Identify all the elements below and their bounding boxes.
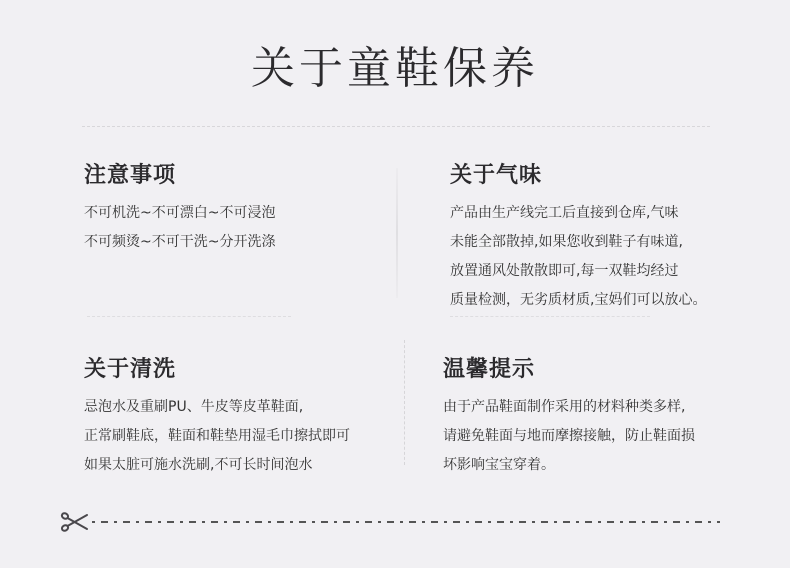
section-line: 质量检测，无劣质材质,宝妈们可以放心。 <box>450 286 706 315</box>
scissors-icon <box>60 511 90 533</box>
section-precautions: 注意事项 不可机洗~不可漂白~不可浸泡 不可频烫~不可干洗~分开洗涤 <box>84 158 275 257</box>
divider-vertical-top <box>396 168 398 298</box>
divider-vertical-bottom <box>404 340 405 465</box>
section-heading: 注意事项 <box>84 158 275 189</box>
section-line: 如果太脏可施水洗刷,不可长时间泡水 <box>84 451 350 480</box>
section-heading: 关于气味 <box>450 158 706 189</box>
section-line: 不可机洗~不可漂白~不可浸泡 <box>84 199 275 228</box>
section-tips: 温馨提示 由于产品鞋面制作采用的材料种类多样, 请避免鞋面与地而摩擦接触，防止鞋… <box>443 352 695 480</box>
section-line: 请避免鞋面与地而摩擦接触，防止鞋面损 <box>443 422 695 451</box>
section-line: 坏影响宝宝穿着。 <box>443 451 695 480</box>
section-line: 忌泡水及重刷PU、牛皮等皮革鞋面, <box>84 393 350 422</box>
cut-line <box>60 511 720 533</box>
section-line: 未能全部散掉,如果您收到鞋子有味道, <box>450 228 706 257</box>
divider-middle-right <box>450 316 650 317</box>
divider-top <box>82 126 710 127</box>
section-line: 由于产品鞋面制作采用的材料种类多样, <box>443 393 695 422</box>
section-heading: 关于清洗 <box>84 352 350 383</box>
page-title: 关于童鞋保养 <box>0 32 790 96</box>
section-odor: 关于气味 产品由生产线完工后直接到仓库,气味 未能全部散掉,如果您收到鞋子有味道… <box>450 158 706 315</box>
section-line: 正常刷鞋底，鞋面和鞋垫用湿毛巾擦拭即可 <box>84 422 350 451</box>
divider-middle-left <box>87 316 291 317</box>
section-heading: 温馨提示 <box>443 352 695 383</box>
section-line: 放置通风处散散即可,每一双鞋均经过 <box>450 257 706 286</box>
section-line: 产品由生产线完工后直接到仓库,气味 <box>450 199 706 228</box>
dashed-line <box>92 521 720 523</box>
section-cleaning: 关于清洗 忌泡水及重刷PU、牛皮等皮革鞋面, 正常刷鞋底，鞋面和鞋垫用湿毛巾擦拭… <box>84 352 350 480</box>
section-line: 不可频烫~不可干洗~分开洗涤 <box>84 228 275 257</box>
